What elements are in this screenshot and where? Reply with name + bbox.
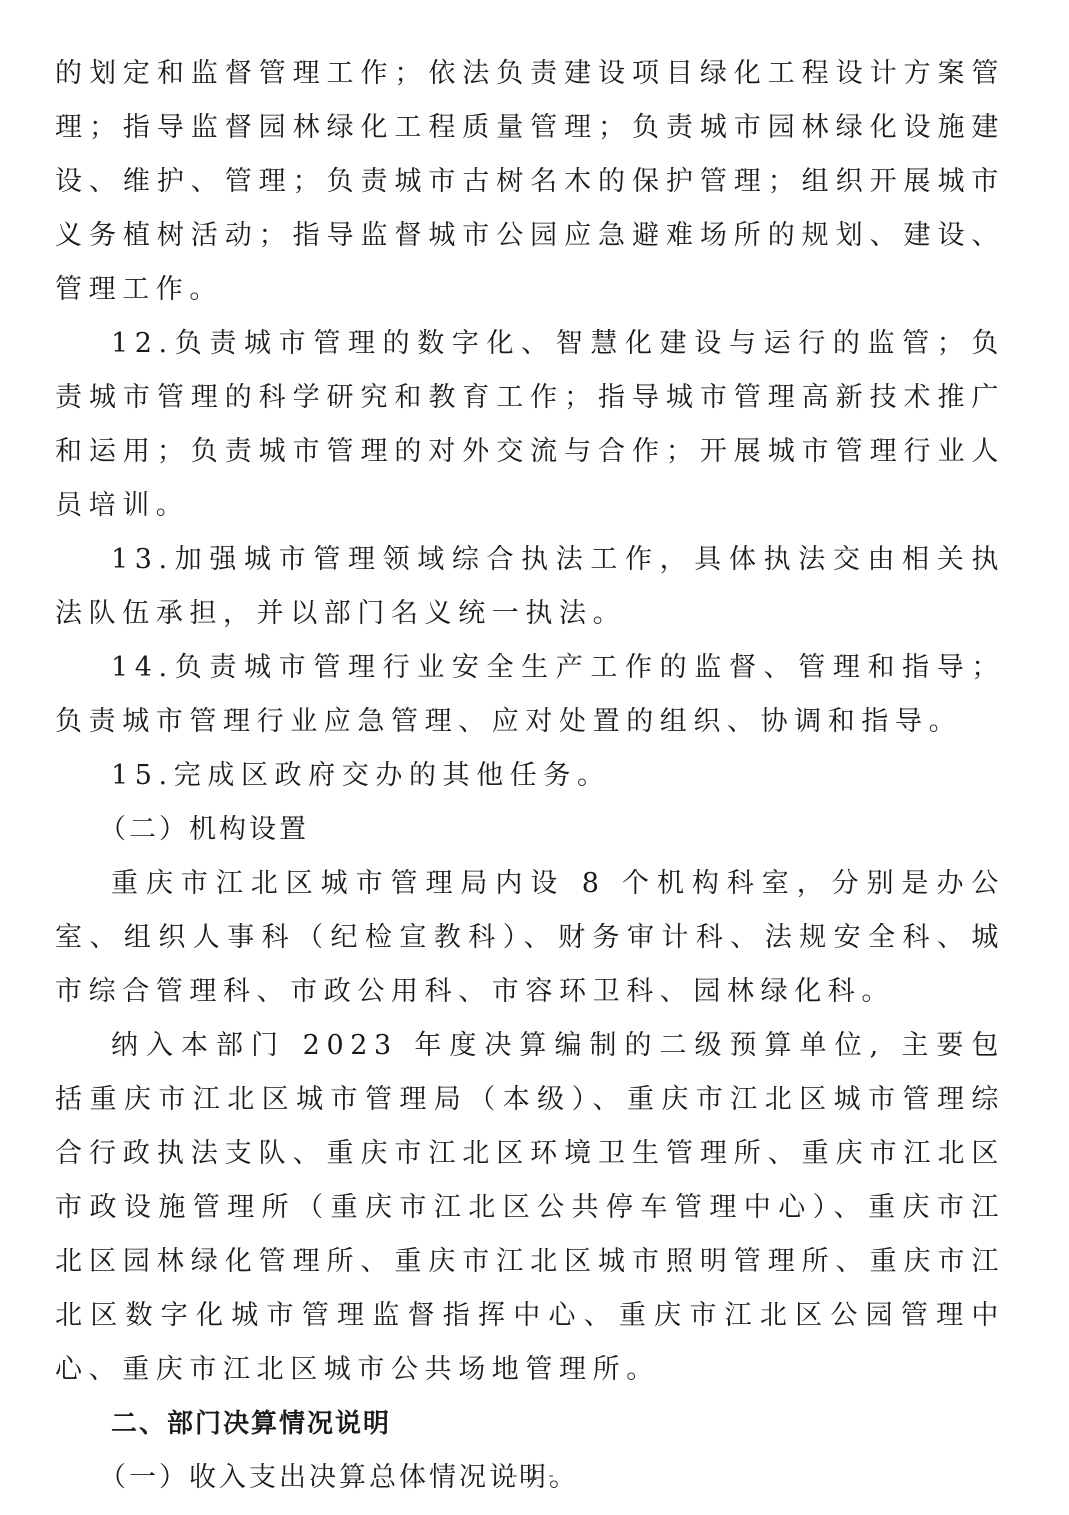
paragraph-departments: 重庆市江北区城市管理局内设 8 个机构科室，分别是办公室、组织人事科（纪检宣教科… [55,857,1005,1019]
paragraph-continuation: 的划定和监督管理工作；依法负责建设项目绿化工程设计方案管理；指导监督园林绿化工程… [55,47,1005,317]
paragraph-item-12: 12.负责城市管理的数字化、智慧化建设与运行的监管；负责城市管理的科学研究和教育… [55,317,1005,533]
paragraph-item-14: 14.负责城市管理行业安全生产工作的监督、管理和指导；负责城市管理行业应急管理、… [55,641,1005,749]
paragraph-item-13: 13.加强城市管理领域综合执法工作，具体执法交由相关执法队伍承担，并以部门名义统… [55,533,1005,641]
subheading-organization: （二）机构设置 [55,803,1005,857]
section-heading: 二、部门决算情况说明 [55,1397,1005,1451]
paragraph-budget-units: 纳入本部门 2023 年度决算编制的二级预算单位, 主要包括重庆市江北区城市管理… [55,1019,1005,1397]
paragraph-item-15: 15.完成区政府交办的其他任务。 [55,749,1005,803]
document-page: 的划定和监督管理工作；依法负责建设项目绿化工程设计方案管理；指导监督园林绿化工程… [55,47,1005,1505]
page-number: - 2 - [0,1466,1069,1484]
